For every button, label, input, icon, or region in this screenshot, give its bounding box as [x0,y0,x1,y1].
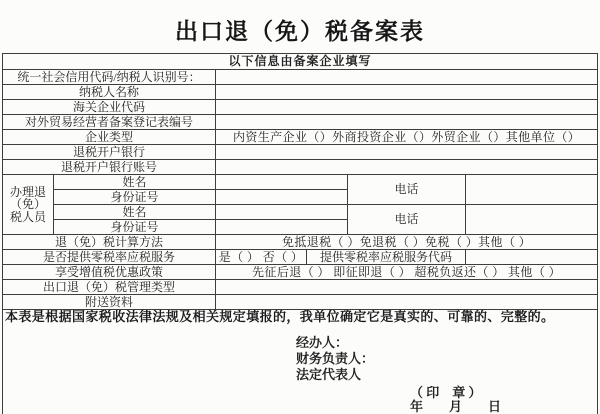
credit-code-value-cell [216,70,598,85]
refund-bank-label: 退税开户银行 [3,145,216,160]
personnel2-id-label: 身份证号 [54,220,216,235]
personnel-group-label: 办理退 （免） 税人员 [3,175,54,235]
table-row: 统一社会信用代码/纳税人识别号： [3,70,598,85]
table-row: 本表是根据国家税收法律法规及相关规定填报的，我单位确定它是真实的、可靠的、完整的… [3,310,598,414]
personnel2-phone-label: 电话 [348,205,466,235]
personnel2-name-value-cell [216,205,348,220]
table-row: 退税开户银行账号 [3,160,598,175]
credit-code-label: 统一社会信用代码/纳税人识别号： [3,70,216,85]
personnel-group-label-line: 税人员 [5,211,51,224]
seal-label: （ 印 章 ） [410,386,595,400]
zero-rate-code-label: 提供零税率应税服务代码 [307,250,466,265]
table-row: 办理退 （免） 税人员 姓名 电话 [3,175,598,190]
table-row: 退（免）税计算方法 免抵退税（ ）免退税（ ）免税（ ）其他（ ） [3,235,598,250]
zero-rate-code-value-cell [466,250,598,265]
date-label: 年 月 日 [410,400,595,414]
enterprise-type-options: 内资生产企业（）外商投资企业（）外贸企业（）其他单位（） [216,130,598,145]
attached-docs-label: 附送资料 [3,295,216,310]
management-type-label: 出口退（免）税管理类型 [3,280,216,295]
personnel1-id-label: 身份证号 [54,190,216,205]
personnel-group-label-line: （免） [5,198,51,211]
refund-bank-value-cell [216,145,598,160]
personnel1-name-value-cell [216,175,348,190]
personnel1-phone-value-cell [466,175,598,205]
table-row: 企业类型 内资生产企业（）外商投资企业（）外贸企业（）其他单位（） [3,130,598,145]
form-title: 出口退（免）税备案表 [0,13,600,46]
refund-bank-account-value-cell [216,160,598,175]
section-header: 以下信息由备案企业填写 [3,54,598,70]
taxpayer-name-label: 纳税人名称 [3,85,216,100]
foreign-trade-reg-no-label: 对外贸易经营者备案登记表编号 [3,115,216,130]
table-row: 海关企业代码 [3,100,598,115]
personnel2-phone-value-cell [466,205,598,235]
foreign-trade-reg-no-value-cell [216,115,598,130]
table-row: 附送资料 [3,295,598,310]
attached-docs-value-cell [216,295,598,310]
legal-rep-label: 法定代表人 [296,367,595,383]
handler-label: 经办人： [296,335,595,351]
declaration-statement: 本表是根据国家税收法律法规及相关规定填报的，我单位确定它是真实的、可靠的、完整的… [5,310,595,324]
vat-policy-label: 享受增值税优惠政策 [3,265,216,280]
table-row: 是否提供零税率应税服务 是（ ） 否（ ） 提供零税率应税服务代码 [3,250,598,265]
vat-policy-options: 先征后退（ ） 即征即退（ ） 超税负返还（ ） 其他（ ） [216,265,598,280]
table-row: 纳税人名称 [3,85,598,100]
signer-block: 经办人： 财务负责人： 法定代表人 [296,335,595,383]
customs-code-value-cell [216,100,598,115]
refund-bank-account-label: 退税开户银行账号 [3,160,216,175]
table-row: 姓名 电话 [3,205,598,220]
personnel2-name-label: 姓名 [54,205,216,220]
taxpayer-name-value-cell [216,85,598,100]
table-row: 退税开户银行 [3,145,598,160]
table-row: 对外贸易经营者备案登记表编号 [3,115,598,130]
table-row: 享受增值税优惠政策 先征后退（ ） 即征即退（ ） 超税负返还（ ） 其他（ ） [3,265,598,280]
enterprise-type-label: 企业类型 [3,130,216,145]
customs-code-label: 海关企业代码 [3,100,216,115]
personnel1-name-label: 姓名 [54,175,216,190]
management-type-value-cell [216,280,598,295]
personnel1-phone-label: 电话 [348,175,466,205]
zero-rate-service-label: 是否提供零税率应税服务 [3,250,216,265]
finance-officer-label: 财务负责人： [296,351,595,367]
document-page: 出口退（免）税备案表 以下信息由备案企业填写 统一社会信用代码/纳税人识别号： … [0,0,600,414]
calc-method-options: 免抵退税（ ）免退税（ ）免税（ ）其他（ ） [216,235,598,250]
seal-date-block: （ 印 章 ） 年 月 日 [410,386,595,414]
zero-rate-service-options: 是（ ） 否（ ） [216,250,307,265]
declaration-cell: 本表是根据国家税收法律法规及相关规定填报的，我单位确定它是真实的、可靠的、完整的… [3,310,598,414]
table-row: 出口退（免）税管理类型 [3,280,598,295]
personnel2-id-value-cell [216,220,348,235]
calc-method-label: 退（免）税计算方法 [3,235,216,250]
personnel1-id-value-cell [216,190,348,205]
filing-form-table: 以下信息由备案企业填写 统一社会信用代码/纳税人识别号： 纳税人名称 海关企业代… [2,53,598,414]
table-row: 以下信息由备案企业填写 [3,54,598,70]
